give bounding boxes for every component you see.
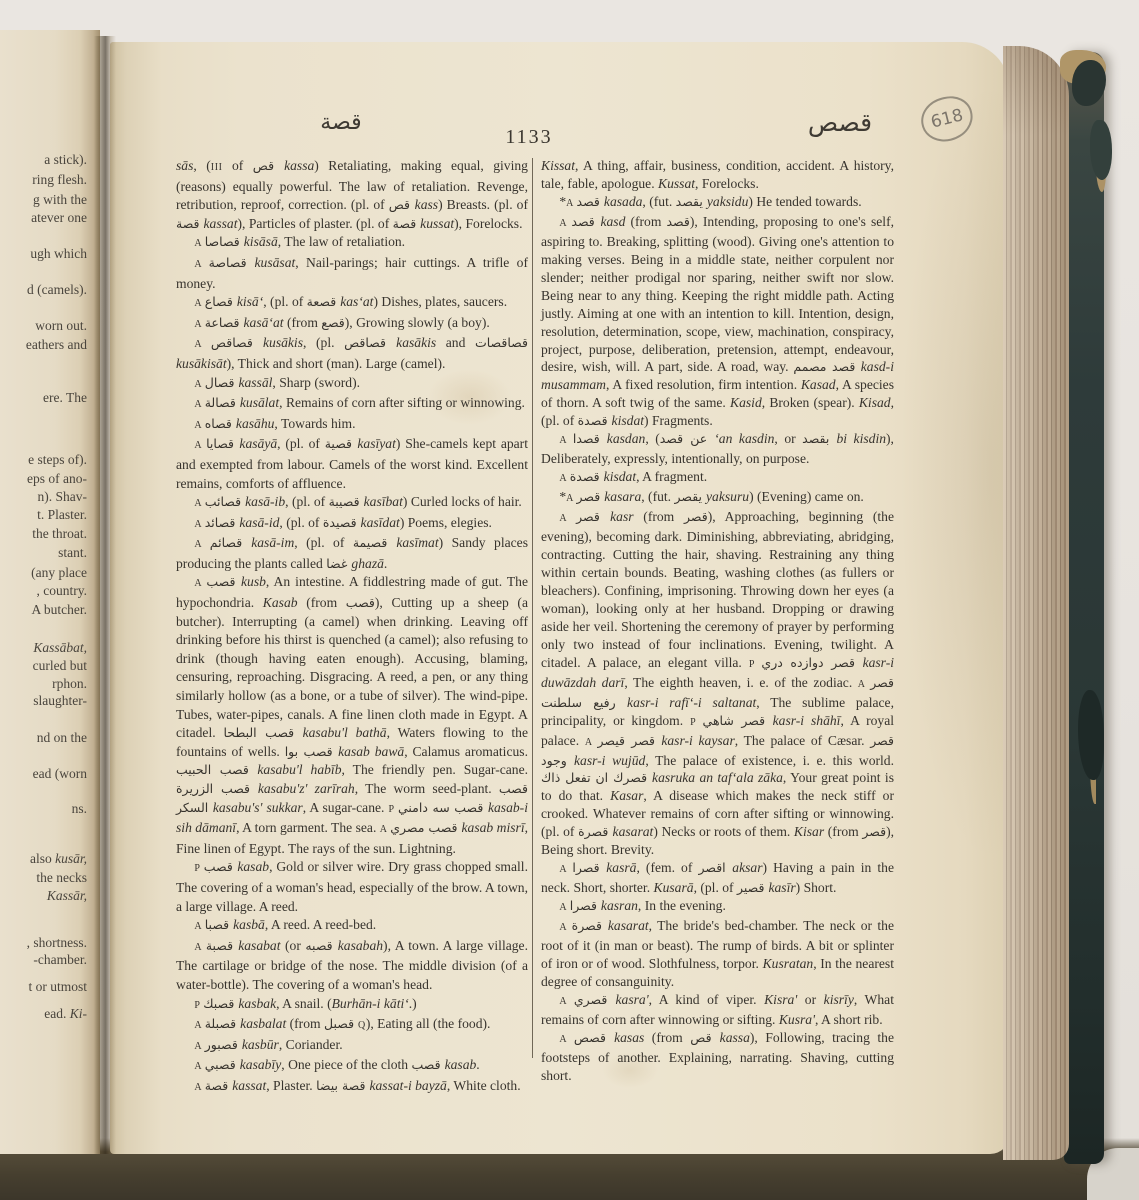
facing-page-fragment: ere. The [43, 390, 87, 406]
facing-page-fragment: n). Shav- [38, 489, 88, 505]
facing-page-fragment: worn out. [35, 318, 87, 334]
dictionary-entry: A قصاه kasāhu, Towards him. [176, 415, 528, 436]
dictionary-entry: *A قصد kasada, (fut. يقصد yaksidu) He te… [541, 193, 894, 213]
dictionary-entry: *A قصر kasara, (fut. يقصر yaksuru) (Even… [541, 488, 894, 508]
facing-page-fragment: ead (worn [33, 766, 87, 782]
left-column: sās, (III of قص kassa) Retaliating, maki… [176, 157, 528, 1098]
dictionary-entry: A قصبة kasabat (or قصبه kasabah), A town… [176, 937, 528, 995]
cloth-binding [1064, 52, 1104, 1164]
dictionary-entry: A قصبلة kasbalat (from قصبل Q), Eating a… [176, 1015, 528, 1036]
facing-page-text-strip: a stick).ring flesh.g with theatever one… [0, 0, 92, 1200]
facing-page-fragment: t or utmost [28, 979, 87, 995]
facing-page-fragment: curled but [33, 658, 87, 674]
facing-page-fragment: atever one [31, 210, 87, 226]
facing-page-fragment: t. Plaster. [37, 507, 87, 523]
facing-page-fragment: the throat. [32, 526, 87, 542]
dictionary-entry: A قصائم kasā-im, (pl. of قصيمة kasīmat) … [176, 534, 528, 573]
dictionary-entry: A قصر kasr (from قصر), Approaching, begi… [541, 508, 894, 859]
facing-page-fragment: eps of ano- [27, 471, 87, 487]
facing-page-fragment: eathers and [26, 337, 87, 353]
dictionary-entry: A قصائب kasā-ib, (pl. of قصيبة kasībat) … [176, 493, 528, 514]
facing-page-fragment: , shortness. [27, 935, 87, 951]
dictionary-entry: A قصرا kasrā, (fem. of اقصر aksar) Havin… [541, 859, 894, 897]
pencil-folio-number: 618 [929, 105, 965, 132]
facing-page-fragment: slaughter- [33, 693, 87, 709]
page-number: 1133 [483, 126, 575, 149]
facing-page-fragment: , country. [37, 583, 88, 599]
book-photo: { "colors":{"paper":"#ece3cf","desk":"#e… [0, 0, 1139, 1200]
dictionary-entry: P قصب kasab, Gold or silver wire. Dry gr… [176, 858, 528, 916]
dictionary-entry: A قصالة kusālat, Remains of corn after s… [176, 394, 528, 415]
facing-page-fragment: nd on the [37, 730, 87, 746]
facing-page-fragment: rphon. [52, 676, 87, 692]
facing-page-fragment: A butcher. [32, 602, 88, 618]
facing-page-fragment: stant. [58, 545, 87, 561]
dictionary-entry: A قصاقص kusākis, (pl. قصاقص kasākis and … [176, 334, 528, 373]
dictionary-entry: A قصب kusb, An intestine. A fiddlestring… [176, 573, 528, 858]
catchword-arabic-left: قصة [296, 110, 386, 135]
dictionary-entry: Kissat, A thing, affair, business, condi… [541, 157, 894, 193]
facing-page-fragment: (any place [31, 565, 87, 581]
dictionary-entry: A قصدة kisdat, A fragment. [541, 468, 894, 488]
catchword-arabic-right: قصص [790, 108, 890, 137]
dictionary-entry: A قصاصة kusāsat, Nail-parings; hair cutt… [176, 254, 528, 293]
dictionary-entry: A قصال kassāl, Sharp (sword). [176, 374, 528, 395]
dictionary-entry: A قصبا kasbā, A reed. A reed-bed. [176, 916, 528, 937]
right-column: Kissat, A thing, affair, business, condi… [541, 157, 894, 1085]
dictionary-entry: A قصرة kasarat, The bride's bed-chamber.… [541, 917, 894, 991]
fore-edge-pages [1003, 46, 1069, 1160]
facing-page-fragment: the necks [36, 870, 87, 886]
facing-page-fragment: e steps of). [28, 452, 87, 468]
facing-page-fragment: Kassābat, [33, 640, 87, 656]
facing-page-fragment: ugh which [30, 246, 87, 262]
dictionary-entry: P قصبك kasbak, A snail. (Burhān-i kāti‘.… [176, 995, 528, 1016]
dictionary-entry: A قصاصا kisāsā, The law of retaliation. [176, 233, 528, 254]
column-divider-rule [532, 158, 533, 1058]
dictionary-entry: A قصاعة kasā‘at (from قصع), Growing slow… [176, 314, 528, 335]
facing-page-fragment: ead. Ki- [44, 1006, 87, 1022]
dictionary-entry: A قصد kasd (from قصد), Intending, propos… [541, 213, 894, 430]
dictionary-entry: A قصرا kasran, In the evening. [541, 897, 894, 917]
facing-page-fragment: Kassār, [47, 888, 87, 904]
binding-tatter [1090, 120, 1112, 180]
dictionary-entry: A قصة kassat, Plaster. قصة بيضا kassat-i… [176, 1077, 528, 1098]
facing-page-fragment: ns. [72, 801, 87, 817]
dictionary-entry: A قصص kasas (from قص kassa), Following, … [541, 1029, 894, 1085]
dictionary-entry: A قصايا kasāyā, (pl. of قصية kasīyat) Sh… [176, 435, 528, 493]
facing-page-fragment: ring flesh. [32, 172, 87, 188]
dictionary-entry: A قصاع kisā‘, (pl. of قصعة kas‘at) Dishe… [176, 293, 528, 314]
dictionary-entry: A قصبي kasabīy, One piece of the cloth ق… [176, 1056, 528, 1077]
facing-page-fragment: -chamber. [33, 952, 87, 968]
dictionary-entry: A قصري kasra', A kind of viper. Kisra' o… [541, 991, 894, 1029]
dictionary-entry: sās, (III of قص kassa) Retaliating, maki… [176, 157, 528, 233]
dictionary-entry: A قصائد kasā-id, (pl. of قصيدة kasīdat) … [176, 514, 528, 535]
gutter-shadow [94, 36, 116, 1154]
facing-page-fragment: g with the [33, 192, 87, 208]
facing-page-fragment: d (camels). [27, 282, 87, 298]
binding-tatter [1078, 690, 1104, 780]
facing-page-fragment: a stick). [44, 152, 87, 168]
facing-page-fragment: also kusār, [30, 851, 87, 867]
dictionary-entry: A قصدا kasdan, (عن قصد ‘an kasdin, or بق… [541, 430, 894, 468]
dictionary-entry: A قصبور kasbūr, Coriander. [176, 1036, 528, 1057]
